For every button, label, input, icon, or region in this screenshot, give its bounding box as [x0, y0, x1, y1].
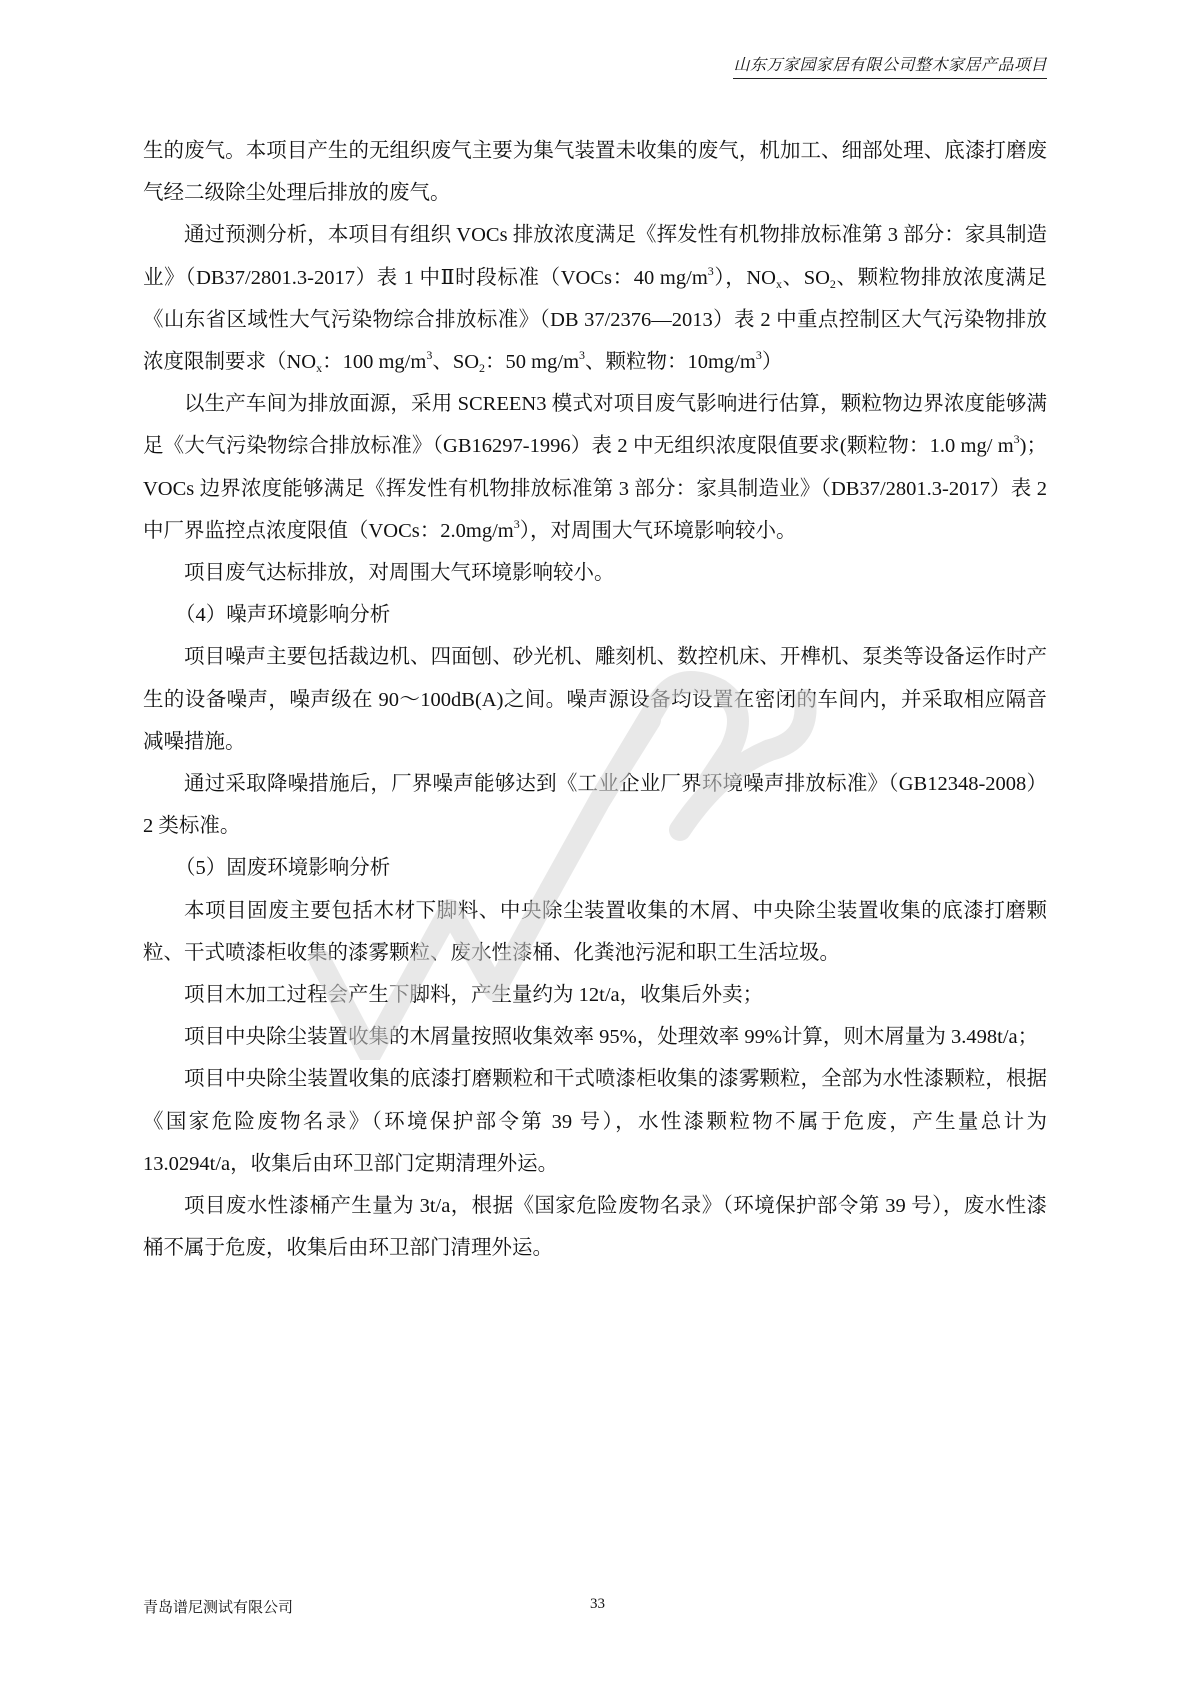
section-heading-solid-waste: （5）固废环境影响分析: [143, 847, 1047, 889]
footer-company: 青岛谱尼测试有限公司: [143, 1596, 293, 1617]
paragraph-paint-buckets: 项目废水性漆桶产生量为 3t/a，根据《国家危险废物名录》（环境保护部令第 39…: [143, 1185, 1047, 1269]
paragraph-solid-waste-types: 本项目固废主要包括木材下脚料、中央除尘装置收集的木屑、中央除尘装置收集的底漆打磨…: [143, 890, 1047, 974]
paragraph-offcuts: 项目木加工过程会产生下脚料，产生量约为 12t/a，收集后外卖；: [143, 974, 1047, 1016]
section-heading-noise: （4）噪声环境影响分析: [143, 594, 1047, 636]
document-body: 生的废气。本项目产生的无组织废气主要为集气装置未收集的废气，机加工、细部处理、底…: [143, 130, 1047, 1269]
paragraph-emission-summary: 项目废气达标排放，对周围大气环境影响较小。: [143, 552, 1047, 594]
paragraph-screen3-estimate: 以生产车间为排放面源，采用 SCREEN3 模式对项目废气影响进行估算，颗粒物边…: [143, 383, 1047, 552]
page-number: 33: [590, 1596, 605, 1613]
paragraph-continued: 生的废气。本项目产生的无组织废气主要为集气装置未收集的废气，机加工、细部处理、底…: [143, 130, 1047, 214]
paragraph-noise-sources: 项目噪声主要包括裁边机、四面刨、砂光机、雕刻机、数控机床、开榫机、泵类等设备运作…: [143, 636, 1047, 763]
paragraph-noise-standard: 通过采取降噪措施后，厂界噪声能够达到《工业企业厂界环境噪声排放标准》（GB123…: [143, 763, 1047, 847]
paragraph-sawdust: 项目中央除尘装置收集的木屑量按照收集效率 95%，处理效率 99%计算，则木屑量…: [143, 1016, 1047, 1058]
page-header-title: 山东万家园家居有限公司整木家居产品项目: [733, 52, 1047, 79]
paragraph-paint-particles: 项目中央除尘装置收集的底漆打磨颗粒和干式喷漆柜收集的漆雾颗粒，全部为水性漆颗粒，…: [143, 1058, 1047, 1185]
paragraph-organized-emissions: 通过预测分析，本项目有组织 VOCs 排放浓度满足《挥发性有机物排放标准第 3 …: [143, 214, 1047, 383]
